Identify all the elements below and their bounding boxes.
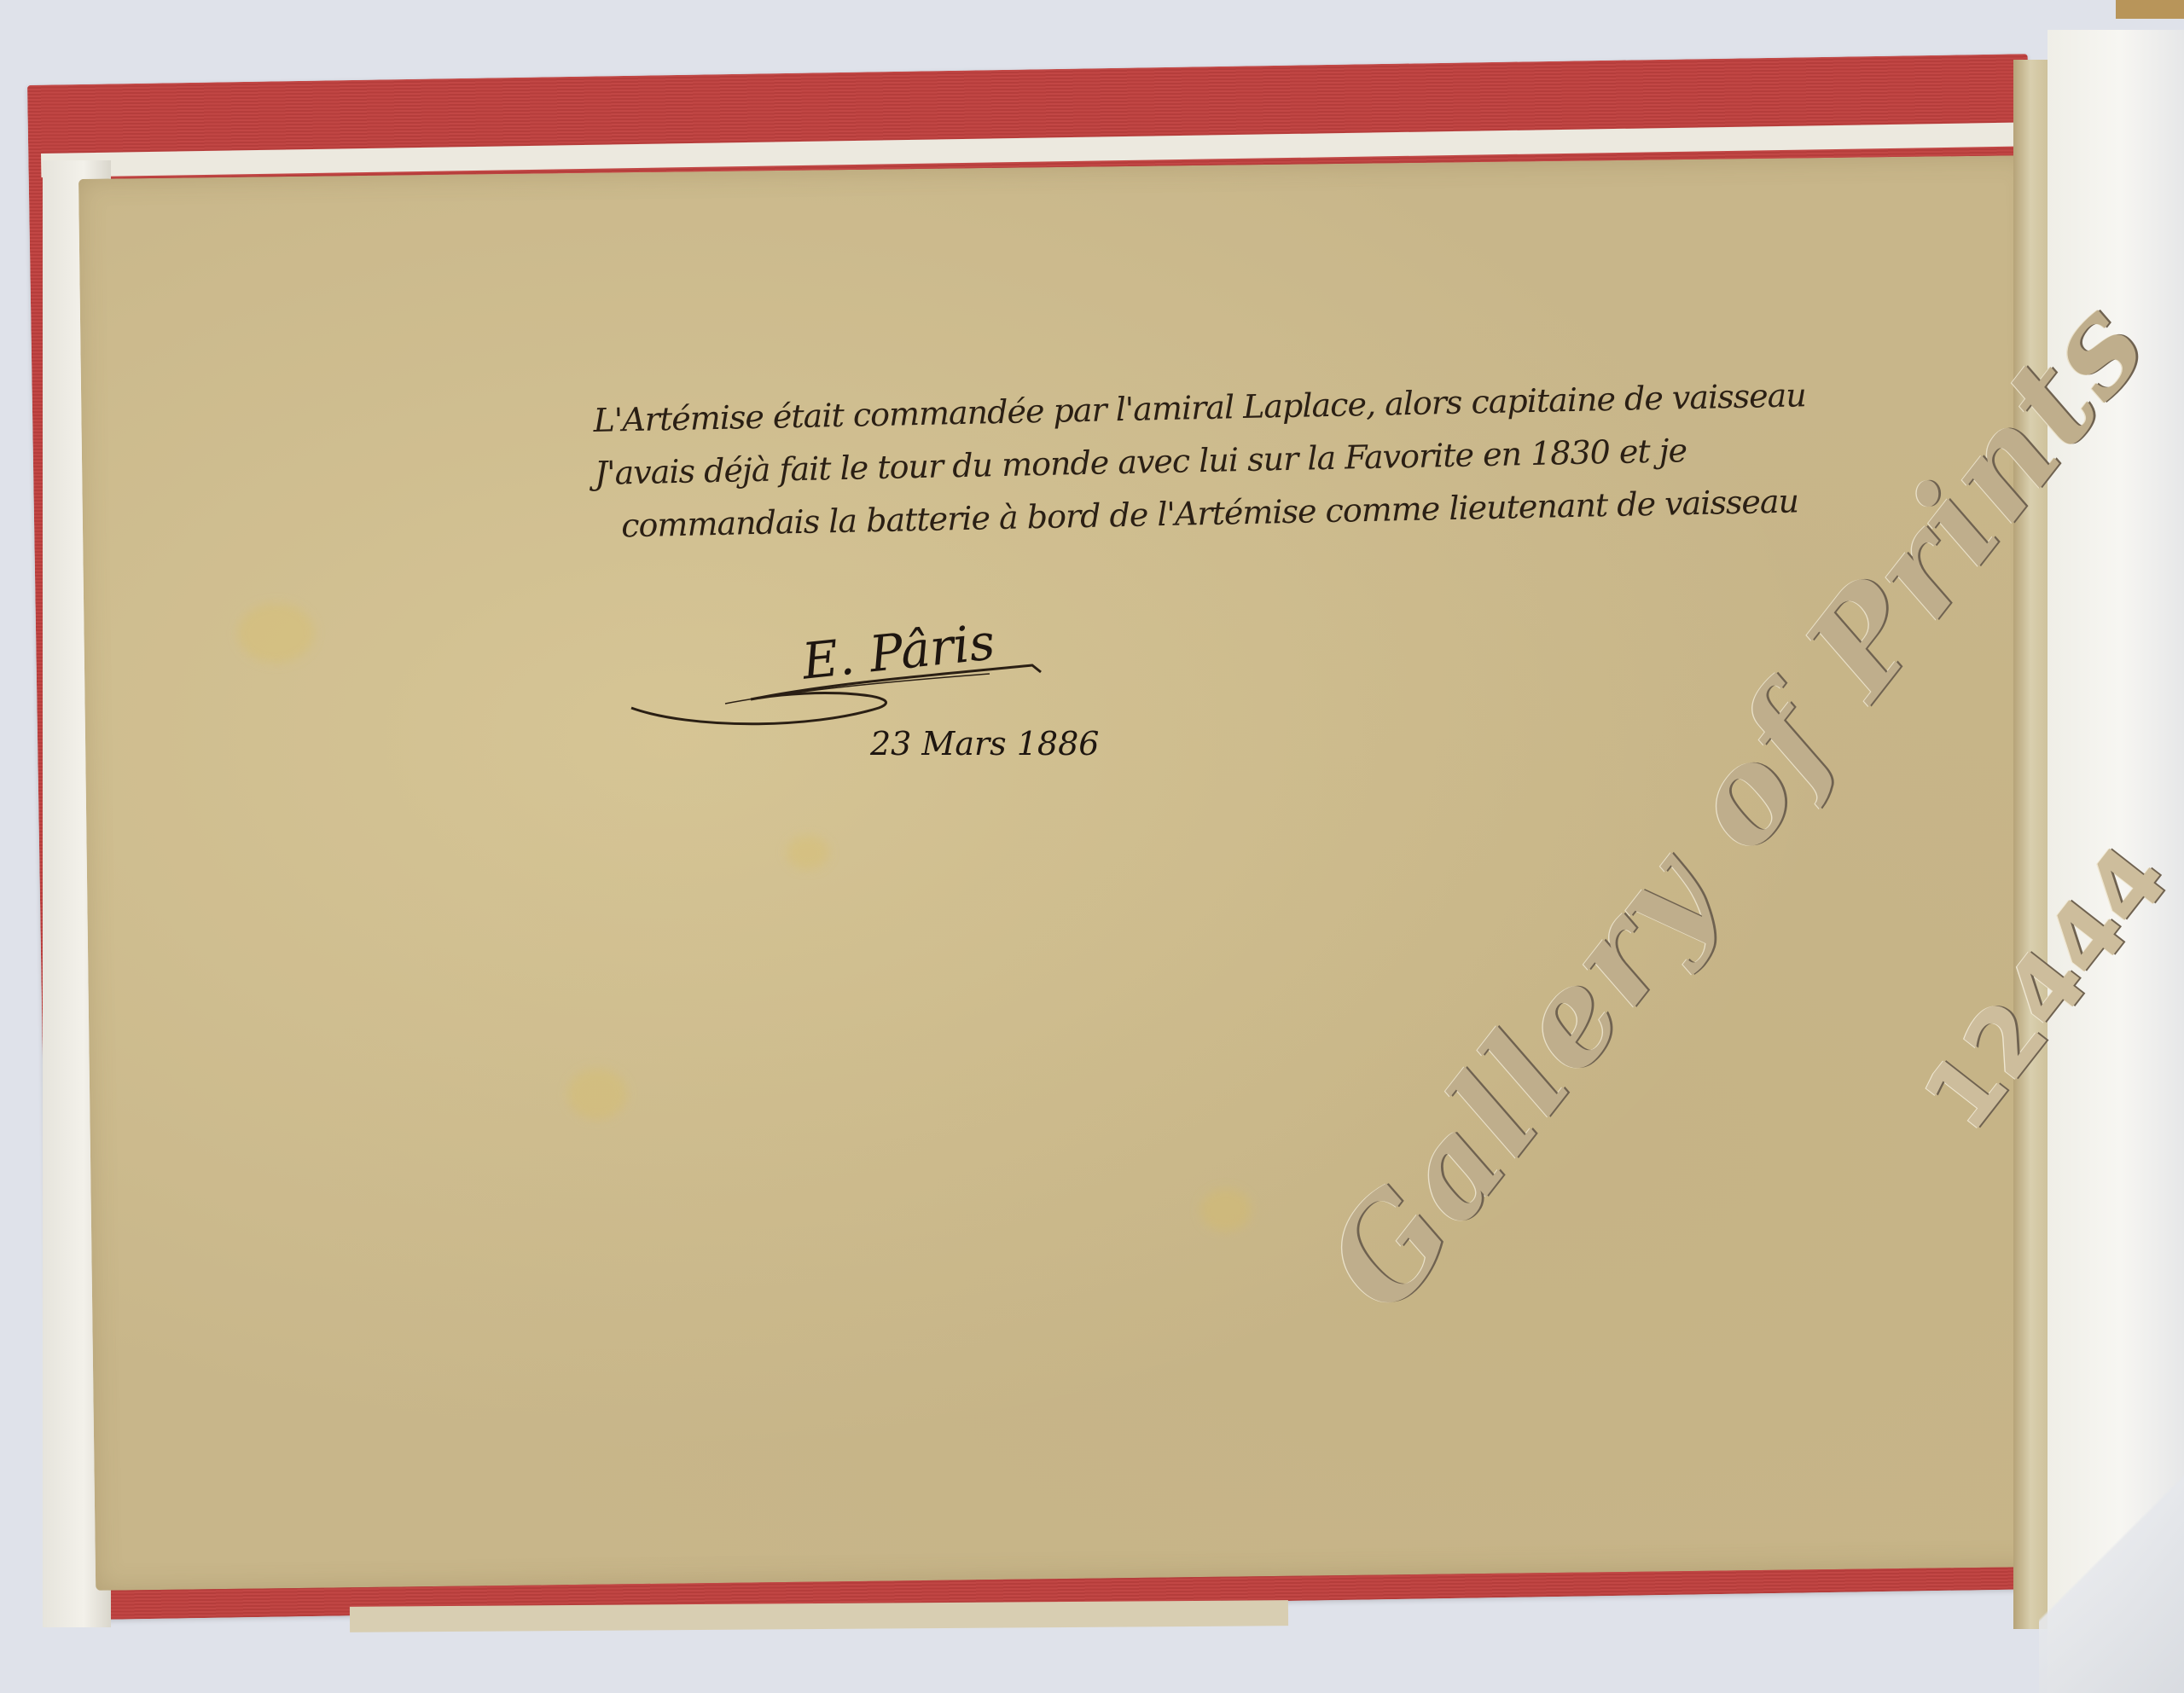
paper-stain xyxy=(567,1068,628,1120)
handwritten-text: L'Artémise était commandée par l'amiral … xyxy=(593,368,1876,553)
paper-stain xyxy=(786,835,828,870)
paper-stain xyxy=(1200,1188,1252,1232)
paper-stain xyxy=(237,603,315,664)
tape-fragment xyxy=(2116,0,2184,19)
torn-paper-strip xyxy=(350,1600,1288,1632)
plastic-sleeve-corner xyxy=(2039,1467,2184,1693)
signature-date: 23 Mars 1886 xyxy=(870,725,1099,762)
signature-block: E. Pâris 23 Mars 1886 xyxy=(623,614,1135,759)
